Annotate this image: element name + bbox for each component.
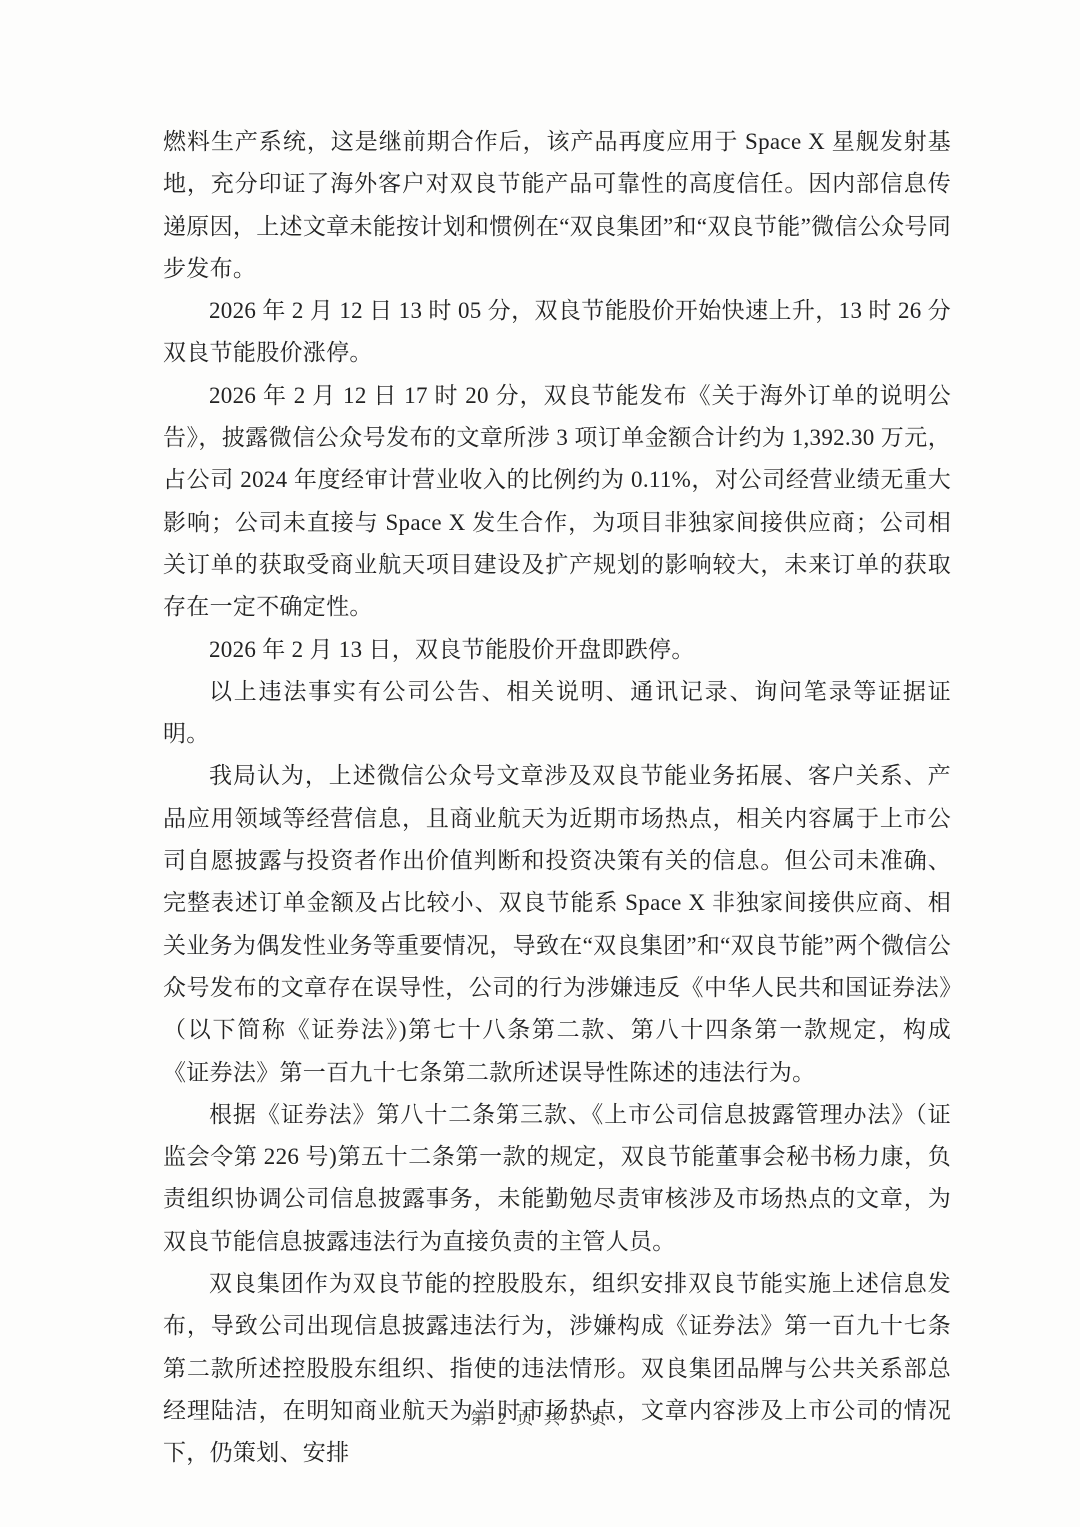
paragraph-2: 2026 年 2 月 12 日 13 时 05 分，双良节能股价开始快速上升，1…	[163, 290, 951, 375]
page-number: 第 2 页 共 3 页	[0, 1404, 1080, 1429]
paragraph-4: 2026 年 2 月 13 日，双良节能股价开盘即跌停。	[163, 629, 951, 671]
paragraph-5: 以上违法事实有公司公告、相关说明、通讯记录、询问笔录等证据证明。	[163, 671, 951, 756]
paragraph-1: 燃料生产系统，这是继前期合作后，该产品再度应用于 Space X 星舰发射基地，…	[163, 121, 951, 290]
paragraph-6: 我局认为，上述微信公众号文章涉及双良节能业务拓展、客户关系、产品应用领域等经营信…	[163, 755, 951, 1093]
paragraph-8: 双良集团作为双良节能的控股股东，组织安排双良节能实施上述信息发布，导致公司出现信…	[163, 1263, 951, 1474]
document-page: 燃料生产系统，这是继前期合作后，该产品再度应用于 Space X 星舰发射基地，…	[0, 0, 1080, 1527]
paragraph-3: 2026 年 2 月 12 日 17 时 20 分，双良节能发布《关于海外订单的…	[163, 375, 951, 629]
paragraph-7: 根据《证券法》第八十二条第三款、《上市公司信息披露管理办法》（证监会令第 226…	[163, 1094, 951, 1263]
document-body: 燃料生产系统，这是继前期合作后，该产品再度应用于 Space X 星舰发射基地，…	[163, 121, 951, 1475]
